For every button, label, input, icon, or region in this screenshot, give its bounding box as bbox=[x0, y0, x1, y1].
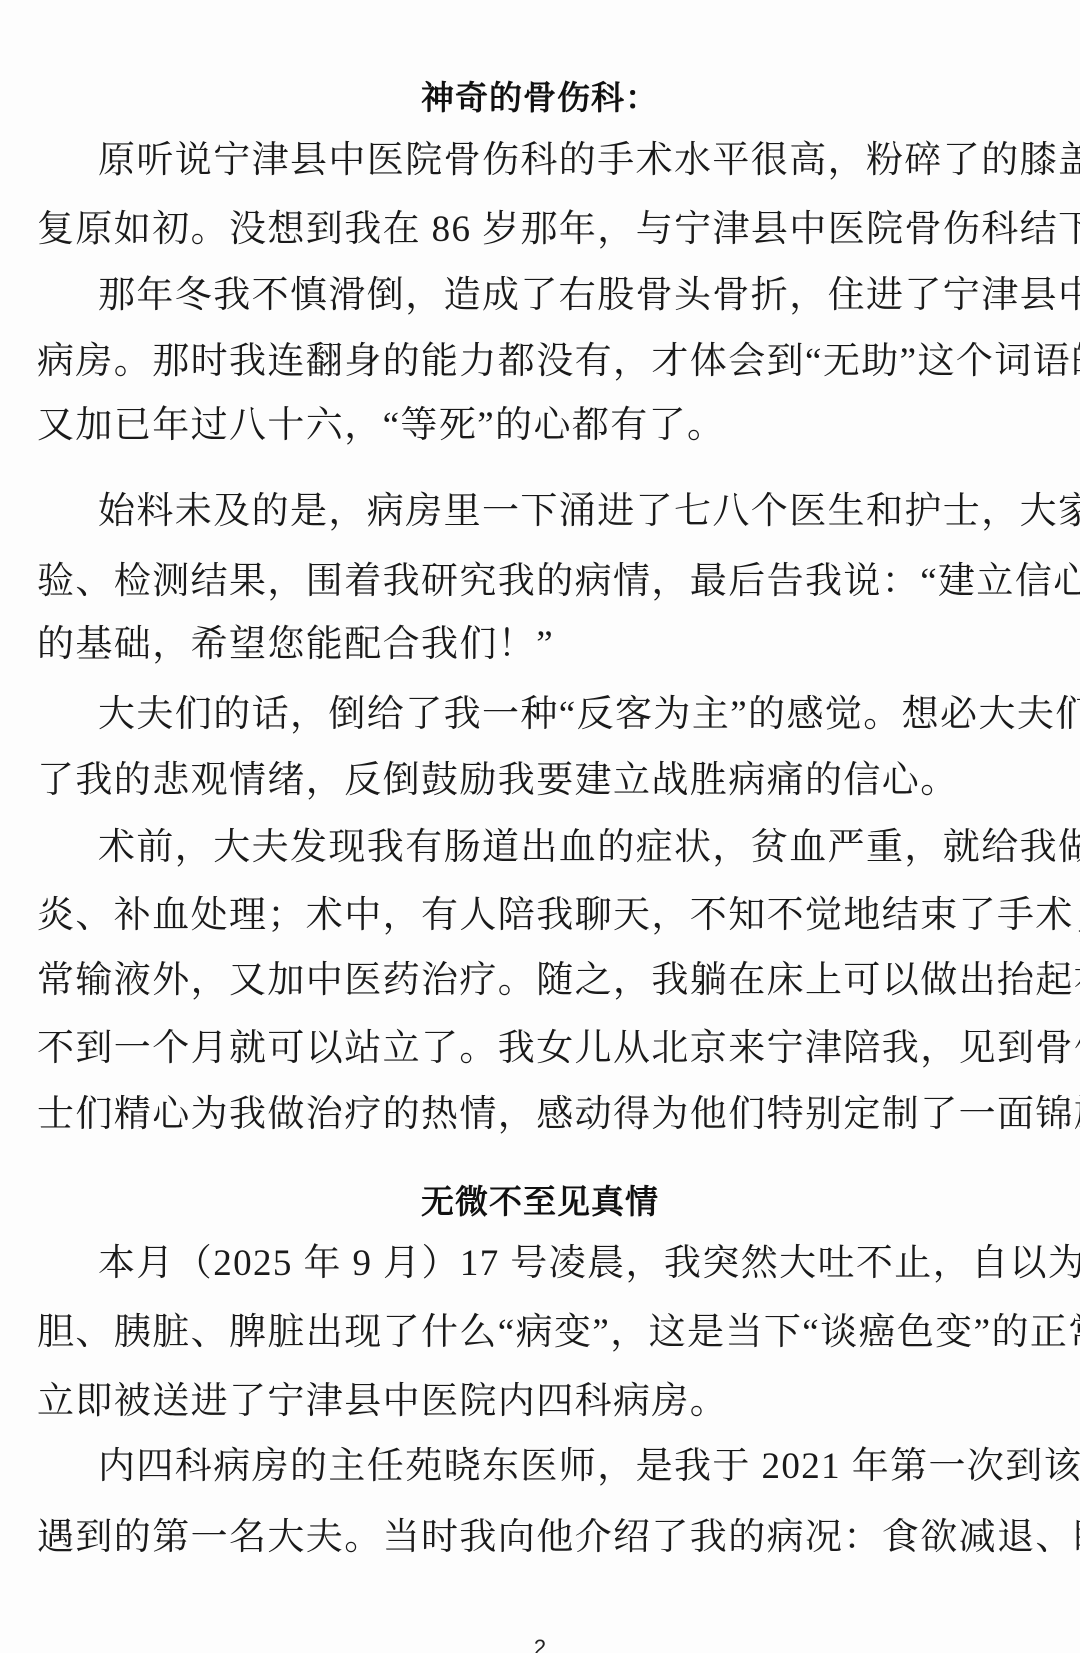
paragraph-line: 那年冬我不慎滑倒，造成了右股骨头骨折，住进了宁津县中医院骨伤科 bbox=[98, 271, 1047, 321]
document-page: 神奇的骨伤科： 原听说宁津县中医院骨伤科的手术水平很高，粉碎了的膝盖骨，都能被 … bbox=[0, 0, 1080, 1653]
paragraph-line: 病房。那时我连翻身的能力都没有，才体会到“无助”这个词语的真正含义， bbox=[37, 337, 1047, 387]
paragraph-line: 验、检测结果，围着我研究我的病情，最后告我说：“建立信心是战胜疾病 bbox=[37, 557, 1047, 607]
section-heading-care: 无微不至见真情 bbox=[0, 1177, 1080, 1227]
paragraph-line: 又加已年过八十六，“等死”的心都有了。 bbox=[37, 401, 1047, 451]
paragraph-line: 原听说宁津县中医院骨伤科的手术水平很高，粉碎了的膝盖骨，都能被 bbox=[98, 136, 1047, 186]
paragraph-line: 大夫们的话，倒给了我一种“反客为主”的感觉。想必大夫们已经发觉 bbox=[98, 690, 1047, 740]
paragraph-line: 炎、补血处理；术中，有人陪我聊天，不知不觉地结束了手术；术后，除正 bbox=[37, 891, 1047, 941]
paragraph-line: 术前，大夫发现我有肠道出血的症状，贫血严重，就给我做了止血、消 bbox=[98, 823, 1047, 873]
page-number: 2 bbox=[0, 1636, 1080, 1653]
paragraph-line: 始料未及的是，病房里一下涌进了七八个医生和护士，大家根据各种化 bbox=[98, 487, 1047, 537]
paragraph-line: 了我的悲观情绪，反倒鼓励我要建立战胜病痛的信心。 bbox=[37, 756, 1047, 806]
paragraph-line: 常输液外，又加中医药治疗。随之，我躺在床上可以做出抬起右腿的动作， bbox=[37, 956, 1047, 1006]
paragraph-line: 遇到的第一名大夫。当时我向他介绍了我的病况：食欲减退、眼花耳鸣、左 bbox=[37, 1513, 1047, 1563]
paragraph-line: 士们精心为我做治疗的热情，感动得为他们特别定制了一面锦旗； bbox=[37, 1090, 1047, 1140]
section-heading-orthopedics: 神奇的骨伤科： bbox=[0, 73, 1080, 123]
paragraph-line: 的基础，希望您能配合我们！” bbox=[37, 620, 1047, 670]
paragraph-line: 立即被送进了宁津县中医院内四科病房。 bbox=[37, 1377, 1047, 1427]
paragraph-line: 本月（2025 年 9 月）17 号凌晨，我突然大吐不止，自以为是胃部或肝 bbox=[98, 1239, 1047, 1289]
paragraph-line: 复原如初。没想到我在 86 岁那年，与宁津县中医院骨伤科结下了不解之缘。 bbox=[37, 205, 1047, 255]
paragraph-line: 胆、胰脏、脾脏出现了什么“病变”，这是当下“谈癌色变”的正常反映。 bbox=[37, 1308, 1047, 1358]
paragraph-line: 内四科病房的主任苑晓东医师，是我于 2021 年第一次到该院看病时， bbox=[98, 1442, 1047, 1492]
paragraph-line: 不到一个月就可以站立了。我女儿从北京来宁津陪我，见到骨伤科大夫、护 bbox=[37, 1024, 1047, 1074]
